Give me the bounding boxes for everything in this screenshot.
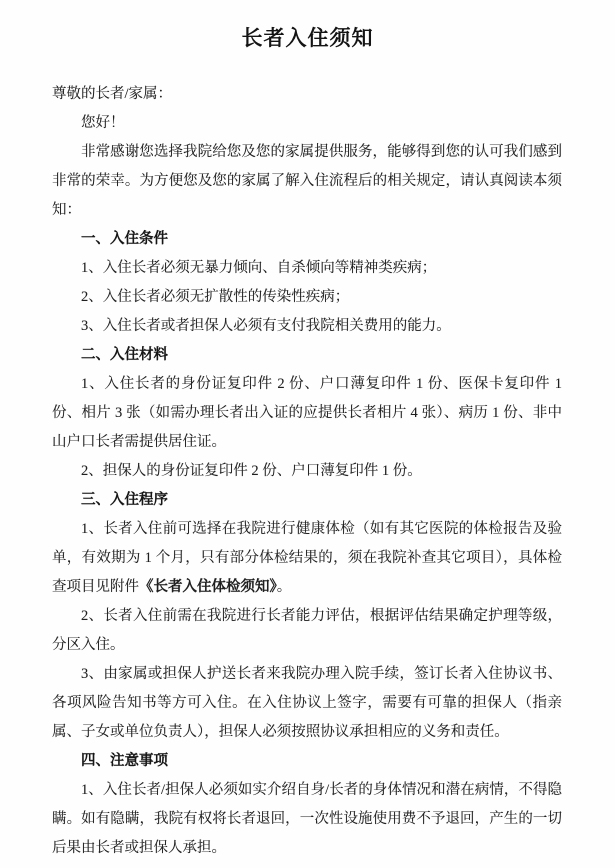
section-3-item-3: 3、由家属或担保人护送长者来我院办理入院手续，签订长者入住协议书、各项风险告知书… xyxy=(52,660,562,747)
attachment-title: 《长者入住体检须知》 xyxy=(139,579,277,595)
item-text: 1、长者入住前可选择在我院进行健康体检（如有其它医院的体检报告及验单，有效期为 … xyxy=(52,521,562,595)
greeting: 您好！ xyxy=(52,109,562,138)
document-page: 长者入住须知 尊敬的长者/家属： 您好！ 非常感谢您选择我院给您及您的家属提供服… xyxy=(0,0,615,868)
section-3-item-1: 1、长者入住前可选择在我院进行健康体检（如有其它医院的体检报告及验单，有效期为 … xyxy=(52,515,562,602)
intro-paragraph: 非常感谢您选择我院给您及您的家属提供服务，能够得到您的认可我们感到非常的荣幸。为… xyxy=(52,138,562,225)
item-text: 。 xyxy=(277,579,292,595)
salutation: 尊敬的长者/家属： xyxy=(52,80,562,109)
section-2-heading: 二、入住材料 xyxy=(52,341,562,370)
section-2-item-1: 1、入住长者的身份证复印件 2 份、户口薄复印件 1 份、医保卡复印件 1 份、… xyxy=(52,370,562,457)
document-body: 尊敬的长者/家属： 您好！ 非常感谢您选择我院给您及您的家属提供服务，能够得到您… xyxy=(52,80,562,863)
section-2-item-2: 2、担保人的身份证复印件 2 份、户口薄复印件 1 份。 xyxy=(52,457,562,486)
section-1-item-3: 3、入住长者或者担保人必须有支付我院相关费用的能力。 xyxy=(52,312,562,341)
section-1-item-2: 2、入住长者必须无扩散性的传染性疾病； xyxy=(52,283,562,312)
section-1-heading: 一、入住条件 xyxy=(52,225,562,254)
document-title: 长者入住须知 xyxy=(0,24,615,54)
section-3-heading: 三、入住程序 xyxy=(52,486,562,515)
section-1-item-1: 1、入住长者必须无暴力倾向、自杀倾向等精神类疾病； xyxy=(52,254,562,283)
section-4-item-1: 1、入住长者/担保人必须如实介绍自身/长者的身体情况和潜在病情，不得隐瞒。如有隐… xyxy=(52,776,562,863)
section-3-item-2: 2、长者入住前需在我院进行长者能力评估，根据评估结果确定护理等级，分区入住。 xyxy=(52,602,562,660)
section-4-heading: 四、注意事项 xyxy=(52,747,562,776)
